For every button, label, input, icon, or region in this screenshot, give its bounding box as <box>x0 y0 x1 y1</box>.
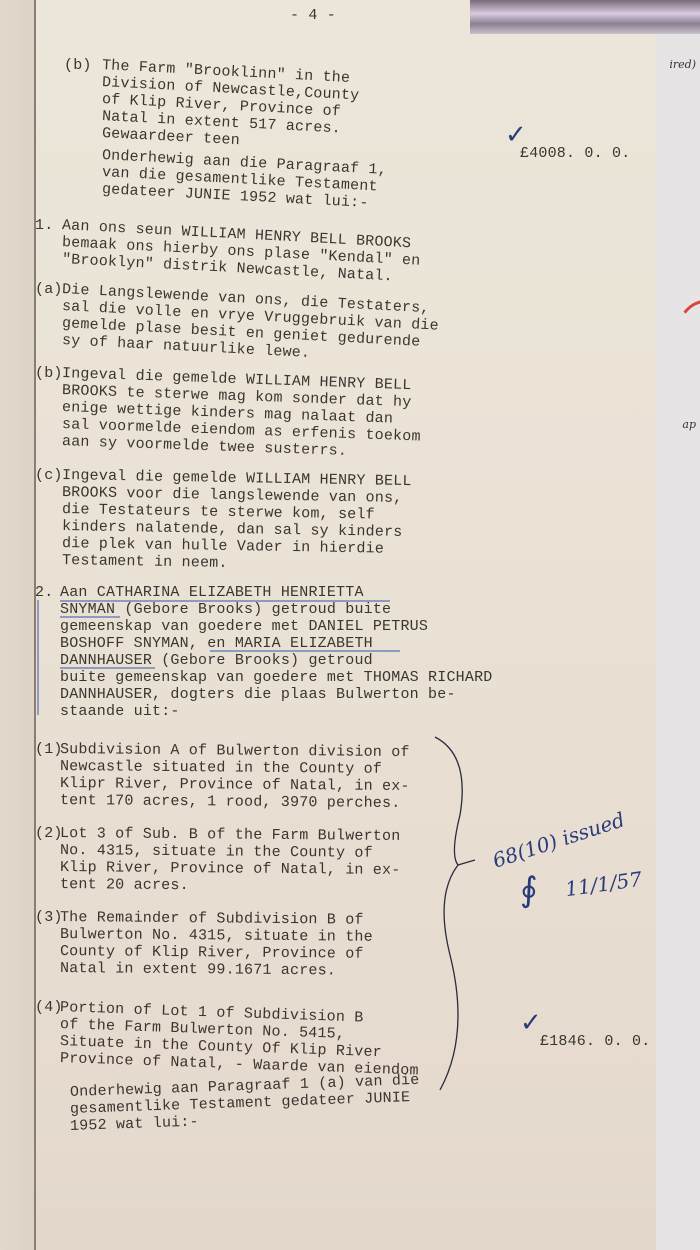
item-1-line: Klipr River, Province of Natal, in ex- <box>60 776 410 794</box>
side-fragment: ap <box>682 418 696 431</box>
clause-2-line: Aan CATHARINA ELIZABETH HENRIETTA <box>60 585 364 600</box>
underline <box>60 667 155 669</box>
clause-1b-marker: (b) <box>35 366 63 381</box>
item-2-line: No. 4315, situate in the County of <box>60 843 373 861</box>
item-2-marker: (2) <box>35 826 63 841</box>
item-2-line: Klip River, Province of Natal, in ex- <box>60 860 401 878</box>
item-3-line: Bulwerton No. 4315, situate in the <box>60 927 373 945</box>
binder-clip <box>470 0 700 34</box>
item-2-line: Lot 3 of Sub. B of the Farm Bulwerton <box>60 826 401 844</box>
clause-2-line: buite gemeenskap van goedere met THOMAS … <box>60 670 492 685</box>
value-items: £1846. 0. 0. <box>540 1034 650 1049</box>
section-b-marker: (b) <box>64 58 92 73</box>
clause-2-line: DANNHAUSER, dogters die plaas Bulwerton … <box>60 687 456 702</box>
signature-icon: ∮ <box>520 870 538 910</box>
item-4-marker: (4) <box>35 1000 63 1015</box>
item-1-marker: (1) <box>35 742 63 757</box>
item-2-line: tent 20 acres. <box>60 877 189 893</box>
bracket-icon <box>430 735 490 1095</box>
clause-2-line: DANNHAUSER (Gebore Brooks) getroud <box>60 653 373 668</box>
item-3-line: Natal in extent 99.1671 acres. <box>60 961 336 978</box>
underline <box>210 650 400 652</box>
item-1-line: tent 170 acres, 1 rood, 3970 perches. <box>60 793 401 811</box>
facing-page-edge <box>0 0 36 1250</box>
item-1-line: Newcastle situated in the County of <box>60 759 382 777</box>
clause-2-line: BOSHOFF SNYMAN, en MARIA ELIZABETH <box>60 636 373 651</box>
side-fragment: ired) <box>669 58 696 71</box>
checkmark-icon: ✓ <box>520 1008 542 1038</box>
clause-2-line: SNYMAN (Gebore Brooks) getroud buite <box>60 602 391 617</box>
clause-1-marker: 1. <box>35 218 53 233</box>
clause-1c-marker: (c) <box>35 468 63 483</box>
clause-2-line: staande uit:- <box>60 704 180 719</box>
clause-1a-marker: (a) <box>35 282 63 297</box>
underlying-document <box>656 30 700 1250</box>
underline <box>60 616 120 618</box>
subject-para-1a-line: 1952 wat lui:- <box>70 1115 199 1134</box>
item-3-line: The Remainder of Subdivision B of <box>60 910 364 928</box>
margin-line <box>37 600 39 715</box>
item-3-marker: (3) <box>35 910 63 925</box>
clause-2-marker: 2. <box>35 585 53 600</box>
value-b: £4008. 0. 0. <box>520 146 630 161</box>
clause-2-line: gemeenskap van goedere met DANIEL PETRUS <box>60 619 428 634</box>
underline <box>60 600 390 602</box>
item-1-line: Subdivision A of Bulwerton division of <box>60 742 410 760</box>
item-3-line: County of Klip River, Province of <box>60 944 364 962</box>
clause-1c-line: Testament in neem. <box>62 553 228 571</box>
page-number: - 4 - <box>290 8 336 23</box>
